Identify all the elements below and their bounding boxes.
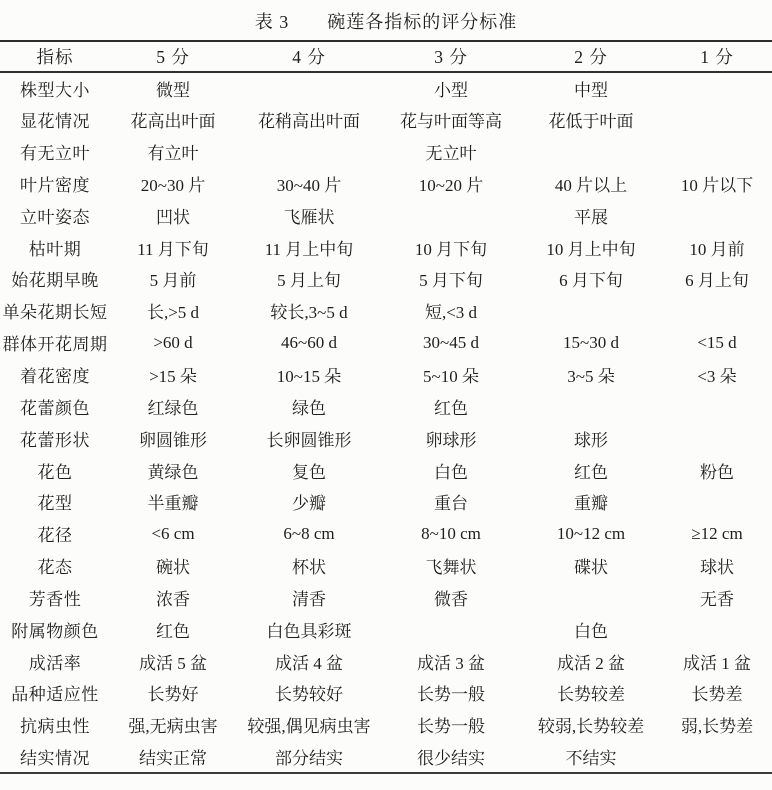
row-indicator-label: 始花期早晚 [0,263,110,295]
table-row: 花色黄绿色复色白色红色粉色 [0,454,772,486]
row-indicator-label: 花径 [0,518,110,550]
score-cell: 10~15 朵 [236,359,382,391]
score-cell: 5 月前 [110,263,236,295]
score-cell: 长势较差 [520,677,662,709]
score-cell: 花高出叶面 [110,104,236,136]
table-row: 附属物颜色红色白色具彩斑白色 [0,613,772,645]
score-cell [236,136,382,168]
score-cell: 小型 [382,72,520,104]
score-cell: 长势一般 [382,709,520,741]
score-cell: 10 月上中旬 [520,231,662,263]
row-indicator-label: 成活率 [0,645,110,677]
score-cell: 40 片以上 [520,168,662,200]
score-cell [520,582,662,614]
table-row: 着花密度>15 朵10~15 朵5~10 朵3~5 朵<3 朵 [0,359,772,391]
table-row: 抗病虫性强,无病虫害较强,偶见病虫害长势一般较弱,长势较差弱,长势差 [0,709,772,741]
score-cell [662,136,772,168]
score-cell: 碗状 [110,550,236,582]
score-cell [236,72,382,104]
row-indicator-label: 株型大小 [0,72,110,104]
table-body: 株型大小微型小型中型显花情况花高出叶面花稍高出叶面花与叶面等高花低于叶面有无立叶… [0,72,772,773]
row-indicator-label: 花色 [0,454,110,486]
score-cell: 重台 [382,486,520,518]
score-cell [520,295,662,327]
table-title: 碗莲各指标的评分标准 [327,12,517,32]
score-cell: 粉色 [662,454,772,486]
column-header-score-2: 2 分 [520,41,662,72]
score-cell: >15 朵 [110,359,236,391]
score-cell: 46~60 d [236,327,382,359]
score-cell: 有立叶 [110,136,236,168]
row-indicator-label: 花型 [0,486,110,518]
score-cell [662,72,772,104]
score-cell: 10 月下旬 [382,231,520,263]
table-row: 显花情况花高出叶面花稍高出叶面花与叶面等高花低于叶面 [0,104,772,136]
table-caption: 表 3碗莲各指标的评分标准 [0,0,772,40]
score-cell: 复色 [236,454,382,486]
table-row: 花蕾形状卵圆锥形长卵圆锥形卵球形球形 [0,422,772,454]
score-cell: 红色 [110,613,236,645]
score-cell [662,199,772,231]
score-cell [662,741,772,773]
score-cell: 11 月上中旬 [236,231,382,263]
table-row: 群体开花周期>60 d46~60 d30~45 d15~30 d<15 d [0,327,772,359]
table-row: 品种适应性长势好长势较好长势一般长势较差长势差 [0,677,772,709]
row-indicator-label: 着花密度 [0,359,110,391]
table-row: 花态碗状杯状飞舞状碟状球状 [0,550,772,582]
score-cell: 少瓣 [236,486,382,518]
table-row: 花型半重瓣少瓣重台重瓣 [0,486,772,518]
score-cell: 红绿色 [110,390,236,422]
table-row: 枯叶期11 月下旬11 月上中旬10 月下旬10 月上中旬10 月前 [0,231,772,263]
score-cell: 10 片以下 [662,168,772,200]
score-cell: <15 d [662,327,772,359]
score-cell: 5 月上旬 [236,263,382,295]
score-cell: 花稍高出叶面 [236,104,382,136]
table-row: 株型大小微型小型中型 [0,72,772,104]
score-cell: <6 cm [110,518,236,550]
score-cell: 红色 [382,390,520,422]
score-cell: 成活 3 盆 [382,645,520,677]
score-cell: 微香 [382,582,520,614]
score-cell: 10~12 cm [520,518,662,550]
score-cell: 6~8 cm [236,518,382,550]
score-cell [662,390,772,422]
score-cell: 长势差 [662,677,772,709]
score-cell [662,613,772,645]
score-cell: 花与叶面等高 [382,104,520,136]
score-cell: 长,>5 d [110,295,236,327]
table-row: 有无立叶有立叶无立叶 [0,136,772,168]
table-number: 表 3 [255,12,290,32]
row-indicator-label: 花蕾形状 [0,422,110,454]
score-cell: 5 月下旬 [382,263,520,295]
score-cell: 长势好 [110,677,236,709]
score-cell: 15~30 d [520,327,662,359]
score-cell: 很少结实 [382,741,520,773]
score-cell: 3~5 朵 [520,359,662,391]
row-indicator-label: 单朵花期长短 [0,295,110,327]
score-cell: 球状 [662,550,772,582]
score-cell: 白色 [520,613,662,645]
table-row: 成活率成活 5 盆成活 4 盆成活 3 盆成活 2 盆成活 1 盆 [0,645,772,677]
column-header-score-1: 1 分 [662,41,772,72]
score-cell: 白色 [382,454,520,486]
score-cell: 11 月下旬 [110,231,236,263]
table-header: 指标5 分4 分3 分2 分1 分 [0,41,772,72]
score-cell: 红色 [520,454,662,486]
score-cell: 10~20 片 [382,168,520,200]
table-row: 花径<6 cm6~8 cm8~10 cm10~12 cm≥12 cm [0,518,772,550]
score-cell [662,104,772,136]
score-cell [520,390,662,422]
table-row: 始花期早晚5 月前5 月上旬5 月下旬6 月下旬6 月上旬 [0,263,772,295]
scoring-criteria-table: 指标5 分4 分3 分2 分1 分 株型大小微型小型中型显花情况花高出叶面花稍高… [0,40,772,774]
score-cell: 飞舞状 [382,550,520,582]
score-cell: 较弱,长势较差 [520,709,662,741]
score-cell: 长势较好 [236,677,382,709]
score-cell [662,422,772,454]
score-cell: 浓香 [110,582,236,614]
score-cell: 30~40 片 [236,168,382,200]
score-cell: 长卵圆锥形 [236,422,382,454]
row-indicator-label: 抗病虫性 [0,709,110,741]
header-row: 指标5 分4 分3 分2 分1 分 [0,41,772,72]
table-row: 叶片密度20~30 片30~40 片10~20 片40 片以上10 片以下 [0,168,772,200]
score-cell: 较长,3~5 d [236,295,382,327]
table-row: 芳香性浓香清香微香无香 [0,582,772,614]
score-cell: 绿色 [236,390,382,422]
score-cell: 飞雁状 [236,199,382,231]
score-cell: 半重瓣 [110,486,236,518]
row-indicator-label: 附属物颜色 [0,613,110,645]
score-cell [520,136,662,168]
score-cell: 30~45 d [382,327,520,359]
row-indicator-label: 立叶姿态 [0,199,110,231]
score-cell: >60 d [110,327,236,359]
score-cell: 中型 [520,72,662,104]
score-cell: <3 朵 [662,359,772,391]
score-cell: 重瓣 [520,486,662,518]
score-cell: 卵球形 [382,422,520,454]
score-cell: 黄绿色 [110,454,236,486]
row-indicator-label: 显花情况 [0,104,110,136]
score-cell: 结实正常 [110,741,236,773]
row-indicator-label: 芳香性 [0,582,110,614]
column-header-score-5: 5 分 [110,41,236,72]
score-cell [382,199,520,231]
score-cell: 无香 [662,582,772,614]
score-cell: 不结实 [520,741,662,773]
row-indicator-label: 花蕾颜色 [0,390,110,422]
score-cell: 长势一般 [382,677,520,709]
row-indicator-label: 结实情况 [0,741,110,773]
score-cell: 弱,长势差 [662,709,772,741]
score-cell [662,295,772,327]
score-cell: 杯状 [236,550,382,582]
score-cell: 平展 [520,199,662,231]
score-cell [662,486,772,518]
score-cell: 卵圆锥形 [110,422,236,454]
score-cell: 清香 [236,582,382,614]
score-cell: 20~30 片 [110,168,236,200]
row-indicator-label: 群体开花周期 [0,327,110,359]
table-row: 花蕾颜色红绿色绿色红色 [0,390,772,422]
score-cell: 部分结实 [236,741,382,773]
score-cell: 成活 4 盆 [236,645,382,677]
column-header-indicator: 指标 [0,41,110,72]
score-cell: 球形 [520,422,662,454]
table-row: 单朵花期长短长,>5 d较长,3~5 d短,<3 d [0,295,772,327]
column-header-score-3: 3 分 [382,41,520,72]
column-header-score-4: 4 分 [236,41,382,72]
score-cell: 强,无病虫害 [110,709,236,741]
score-cell: 成活 2 盆 [520,645,662,677]
score-cell: 无立叶 [382,136,520,168]
score-cell: ≥12 cm [662,518,772,550]
score-cell: 5~10 朵 [382,359,520,391]
score-cell [382,613,520,645]
score-cell: 6 月上旬 [662,263,772,295]
table-row: 立叶姿态凹状飞雁状平展 [0,199,772,231]
score-cell: 凹状 [110,199,236,231]
row-indicator-label: 枯叶期 [0,231,110,263]
score-cell: 成活 5 盆 [110,645,236,677]
score-cell: 较强,偶见病虫害 [236,709,382,741]
score-cell: 10 月前 [662,231,772,263]
document-page: 表 3碗莲各指标的评分标准 指标5 分4 分3 分2 分1 分 株型大小微型小型… [0,0,772,790]
row-indicator-label: 有无立叶 [0,136,110,168]
score-cell: 短,<3 d [382,295,520,327]
score-cell: 成活 1 盆 [662,645,772,677]
score-cell: 8~10 cm [382,518,520,550]
row-indicator-label: 叶片密度 [0,168,110,200]
score-cell: 碟状 [520,550,662,582]
score-cell: 白色具彩斑 [236,613,382,645]
score-cell: 6 月下旬 [520,263,662,295]
table-row: 结实情况结实正常部分结实很少结实不结实 [0,741,772,773]
row-indicator-label: 品种适应性 [0,677,110,709]
score-cell: 微型 [110,72,236,104]
row-indicator-label: 花态 [0,550,110,582]
score-cell: 花低于叶面 [520,104,662,136]
